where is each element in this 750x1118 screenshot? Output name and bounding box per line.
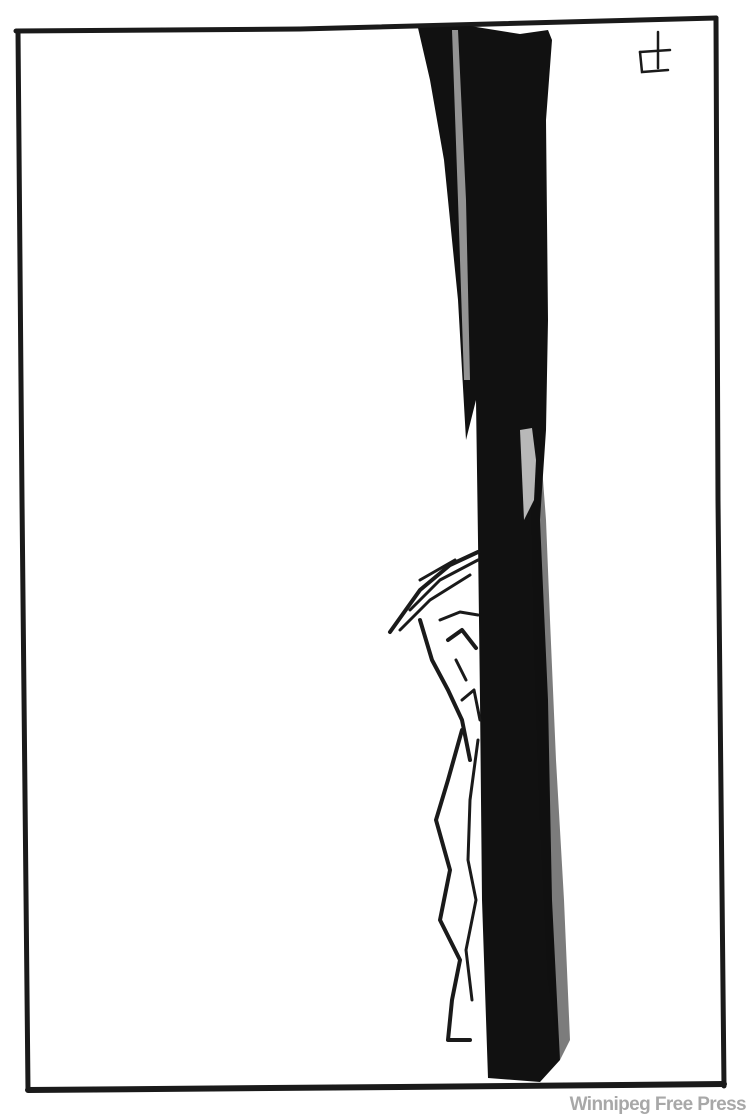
artist-monogram-icon <box>640 32 670 72</box>
credit-watermark: Winnipeg Free Press <box>570 1094 746 1116</box>
frame <box>16 18 724 1090</box>
peeking-figure <box>390 552 480 1040</box>
ink-drawing <box>0 0 750 1118</box>
